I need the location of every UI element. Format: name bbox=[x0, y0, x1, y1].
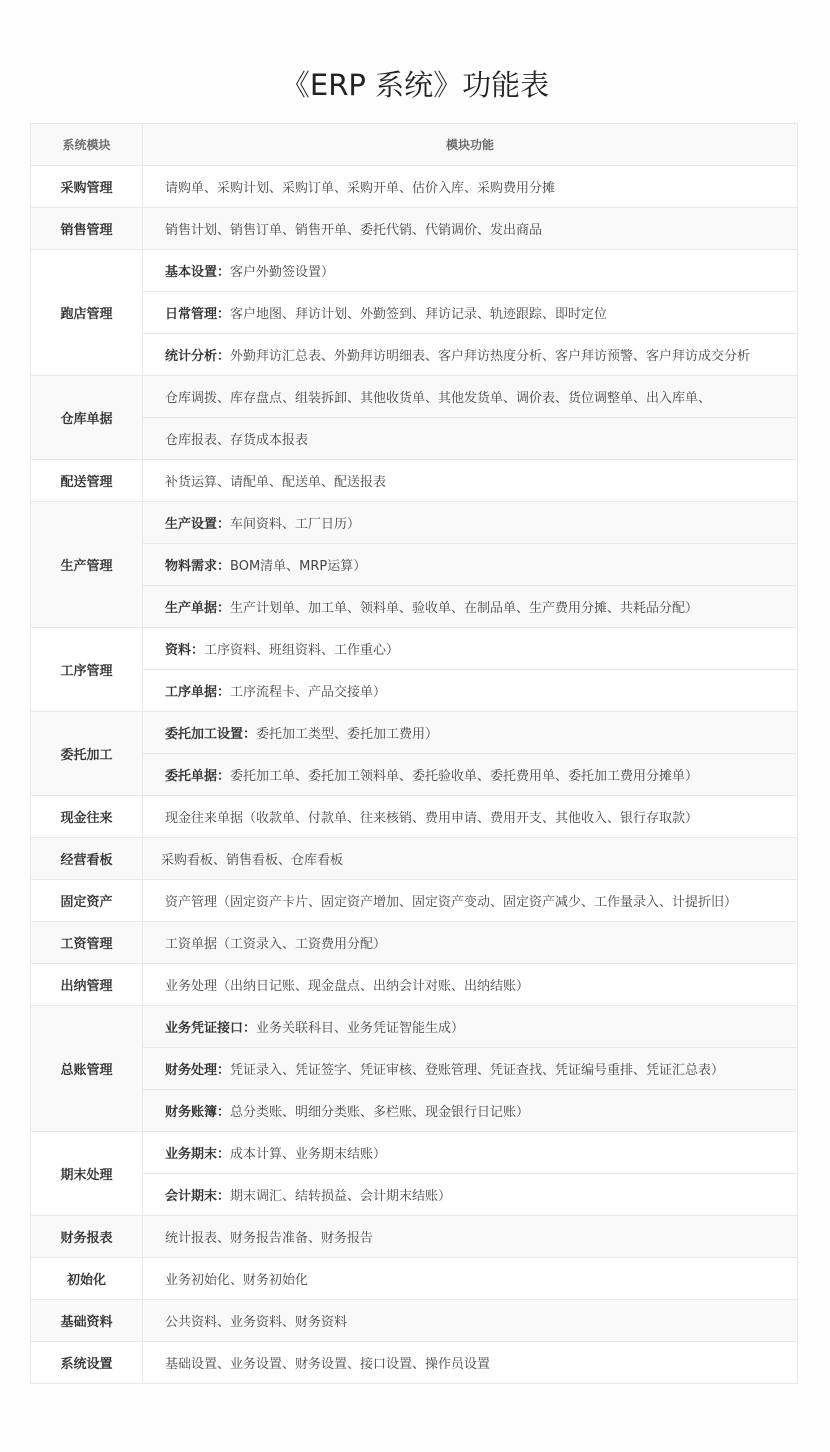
module-function: 业务凭证接口：业务关联科目、业务凭证智能生成） bbox=[143, 1006, 798, 1048]
table-row: 经营看板 采购看板、销售看板、仓库看板 bbox=[31, 838, 798, 880]
module-function: 统计报表、财务报告准备、财务报告 bbox=[143, 1216, 798, 1258]
function-text: 客户地图、拜访计划、外勤签到、拜访记录、轨迹跟踪、即时定位 bbox=[230, 307, 607, 322]
header-module: 系统模块 bbox=[31, 124, 143, 166]
module-function: 资产管理（固定资产卡片、固定资产增加、固定资产变动、固定资产减少、工作量录入、计… bbox=[143, 880, 798, 922]
module-name: 系统设置 bbox=[31, 1342, 143, 1384]
module-function: 日常管理：客户地图、拜访计划、外勤签到、拜访记录、轨迹跟踪、即时定位 bbox=[143, 292, 798, 334]
module-name: 基础资料 bbox=[31, 1300, 143, 1342]
module-name: 期末处理 bbox=[31, 1132, 143, 1216]
function-text: 现金往来单据（收款单、付款单、往来核销、费用申请、费用开支、其他收入、银行存取款… bbox=[165, 811, 698, 826]
module-function: 销售计划、销售订单、销售开单、委托代销、代销调价、发出商品 bbox=[143, 208, 798, 250]
function-text: 车间资料、工厂日历） bbox=[230, 517, 360, 532]
module-function: 统计分析：外勤拜访汇总表、外勤拜访明细表、客户拜访热度分析、客户拜访预警、客户拜… bbox=[143, 334, 798, 376]
table-row: 固定资产 资产管理（固定资产卡片、固定资产增加、固定资产变动、固定资产减少、工作… bbox=[31, 880, 798, 922]
table-row: 跑店管理 基本设置：客户外勤签设置） bbox=[31, 250, 798, 292]
module-name: 现金往来 bbox=[31, 796, 143, 838]
module-function: 生产设置：车间资料、工厂日历） bbox=[143, 502, 798, 544]
module-function: 委托单据：委托加工单、委托加工领料单、委托验收单、委托费用单、委托加工费用分摊单… bbox=[143, 754, 798, 796]
function-label: 业务凭证接口： bbox=[165, 1021, 256, 1036]
function-label: 会计期末： bbox=[165, 1189, 230, 1204]
table-row: 采购管理 请购单、采购计划、采购订单、采购开单、估价入库、采购费用分摊 bbox=[31, 166, 798, 208]
module-name: 初始化 bbox=[31, 1258, 143, 1300]
table-row: 财务报表 统计报表、财务报告准备、财务报告 bbox=[31, 1216, 798, 1258]
table-row: 期末处理 业务期末：成本计算、业务期末结账） bbox=[31, 1132, 798, 1174]
function-text: BOM清单、MRP运算） bbox=[230, 559, 366, 574]
module-function: 工资单据（工资录入、工资费用分配） bbox=[143, 922, 798, 964]
module-function: 资料：工序资料、班组资料、工作重心） bbox=[143, 628, 798, 670]
function-text: 期末调汇、结转损益、会计期末结账） bbox=[230, 1189, 451, 1204]
table-row: 初始化 业务初始化、财务初始化 bbox=[31, 1258, 798, 1300]
table-row: 会计期末：期末调汇、结转损益、会计期末结账） bbox=[31, 1174, 798, 1216]
module-function: 委托加工设置：委托加工类型、委托加工费用） bbox=[143, 712, 798, 754]
function-text: 生产计划单、加工单、领料单、验收单、在制品单、生产费用分摊、共耗品分配） bbox=[230, 601, 698, 616]
function-label: 工序单据： bbox=[165, 685, 230, 700]
module-name: 经营看板 bbox=[31, 838, 143, 880]
module-name: 委托加工 bbox=[31, 712, 143, 796]
module-function: 请购单、采购计划、采购订单、采购开单、估价入库、采购费用分摊 bbox=[143, 166, 798, 208]
function-text: 公共资料、业务资料、财务资料 bbox=[165, 1315, 347, 1330]
table-row: 现金往来 现金往来单据（收款单、付款单、往来核销、费用申请、费用开支、其他收入、… bbox=[31, 796, 798, 838]
function-text: 工资单据（工资录入、工资费用分配） bbox=[165, 937, 386, 952]
module-name: 仓库单据 bbox=[31, 376, 143, 460]
table-row: 物料需求：BOM清单、MRP运算） bbox=[31, 544, 798, 586]
module-function: 物料需求：BOM清单、MRP运算） bbox=[143, 544, 798, 586]
table-row: 工序管理 资料：工序资料、班组资料、工作重心） bbox=[31, 628, 798, 670]
table-row: 委托单据：委托加工单、委托加工领料单、委托验收单、委托费用单、委托加工费用分摊单… bbox=[31, 754, 798, 796]
function-text: 销售计划、销售订单、销售开单、委托代销、代销调价、发出商品 bbox=[165, 223, 542, 238]
module-function: 仓库报表、存货成本报表 bbox=[143, 418, 798, 460]
function-label: 生产单据： bbox=[165, 601, 230, 616]
function-text: 仓库调拨、库存盘点、组装拆卸、其他收货单、其他发货单、调价表、货位调整单、出入库… bbox=[165, 391, 711, 406]
module-name: 跑店管理 bbox=[31, 250, 143, 376]
function-text: 业务初始化、财务初始化 bbox=[165, 1273, 308, 1288]
function-label: 统计分析： bbox=[165, 349, 230, 364]
module-name: 配送管理 bbox=[31, 460, 143, 502]
table-row: 销售管理 销售计划、销售订单、销售开单、委托代销、代销调价、发出商品 bbox=[31, 208, 798, 250]
table-row: 总账管理 业务凭证接口：业务关联科目、业务凭证智能生成） bbox=[31, 1006, 798, 1048]
function-label: 财务处理： bbox=[165, 1063, 230, 1078]
function-table: 系统模块 模块功能 采购管理 请购单、采购计划、采购订单、采购开单、估价入库、采… bbox=[30, 123, 798, 1384]
function-text: 委托加工类型、委托加工费用） bbox=[256, 727, 438, 742]
module-function: 仓库调拨、库存盘点、组装拆卸、其他收货单、其他发货单、调价表、货位调整单、出入库… bbox=[143, 376, 798, 418]
module-name: 固定资产 bbox=[31, 880, 143, 922]
module-function: 基本设置：客户外勤签设置） bbox=[143, 250, 798, 292]
function-text: 资产管理（固定资产卡片、固定资产增加、固定资产变动、固定资产减少、工作量录入、计… bbox=[165, 895, 737, 910]
header-function: 模块功能 bbox=[143, 124, 798, 166]
module-function: 会计期末：期末调汇、结转损益、会计期末结账） bbox=[143, 1174, 798, 1216]
function-label: 财务账簿： bbox=[165, 1105, 230, 1120]
page-title: 《ERP 系统》功能表 bbox=[0, 63, 830, 104]
module-name: 采购管理 bbox=[31, 166, 143, 208]
function-text: 总分类账、明细分类账、多栏账、现金银行日记账） bbox=[230, 1105, 529, 1120]
module-name: 总账管理 bbox=[31, 1006, 143, 1132]
function-text: 业务处理（出纳日记账、现金盘点、出纳会计对账、出纳结账） bbox=[165, 979, 529, 994]
module-name: 出纳管理 bbox=[31, 964, 143, 1006]
table-row: 委托加工 委托加工设置：委托加工类型、委托加工费用） bbox=[31, 712, 798, 754]
function-text: 基础设置、业务设置、财务设置、接口设置、操作员设置 bbox=[165, 1357, 490, 1372]
module-name: 工序管理 bbox=[31, 628, 143, 712]
table-row: 工序单据：工序流程卡、产品交接单） bbox=[31, 670, 798, 712]
function-text: 请购单、采购计划、采购订单、采购开单、估价入库、采购费用分摊 bbox=[165, 181, 555, 196]
function-text: 采购看板、销售看板、仓库看板 bbox=[161, 853, 343, 868]
module-name: 销售管理 bbox=[31, 208, 143, 250]
function-label: 日常管理： bbox=[165, 307, 230, 322]
module-function: 财务处理：凭证录入、凭证签字、凭证审核、登账管理、凭证查找、凭证编号重排、凭证汇… bbox=[143, 1048, 798, 1090]
function-text: 补货运算、请配单、配送单、配送报表 bbox=[165, 475, 386, 490]
table-row: 财务账簿：总分类账、明细分类账、多栏账、现金银行日记账） bbox=[31, 1090, 798, 1132]
function-text: 外勤拜访汇总表、外勤拜访明细表、客户拜访热度分析、客户拜访预警、客户拜访成交分析 bbox=[230, 349, 750, 364]
table-row: 配送管理 补货运算、请配单、配送单、配送报表 bbox=[31, 460, 798, 502]
function-label: 基本设置： bbox=[165, 265, 230, 280]
module-function: 财务账簿：总分类账、明细分类账、多栏账、现金银行日记账） bbox=[143, 1090, 798, 1132]
module-function: 现金往来单据（收款单、付款单、往来核销、费用申请、费用开支、其他收入、银行存取款… bbox=[143, 796, 798, 838]
function-text: 委托加工单、委托加工领料单、委托验收单、委托费用单、委托加工费用分摊单） bbox=[230, 769, 698, 784]
module-function: 公共资料、业务资料、财务资料 bbox=[143, 1300, 798, 1342]
function-text: 业务关联科目、业务凭证智能生成） bbox=[256, 1021, 464, 1036]
table-row: 生产单据：生产计划单、加工单、领料单、验收单、在制品单、生产费用分摊、共耗品分配… bbox=[31, 586, 798, 628]
function-label: 生产设置： bbox=[165, 517, 230, 532]
module-function: 业务处理（出纳日记账、现金盘点、出纳会计对账、出纳结账） bbox=[143, 964, 798, 1006]
function-text: 成本计算、业务期末结账） bbox=[230, 1147, 386, 1162]
function-label: 委托单据： bbox=[165, 769, 230, 784]
function-text: 统计报表、财务报告准备、财务报告 bbox=[165, 1231, 373, 1246]
table-row: 出纳管理 业务处理（出纳日记账、现金盘点、出纳会计对账、出纳结账） bbox=[31, 964, 798, 1006]
module-function: 业务初始化、财务初始化 bbox=[143, 1258, 798, 1300]
table-row: 仓库报表、存货成本报表 bbox=[31, 418, 798, 460]
table-row: 基础资料 公共资料、业务资料、财务资料 bbox=[31, 1300, 798, 1342]
function-label: 资料： bbox=[165, 643, 204, 658]
module-function: 工序单据：工序流程卡、产品交接单） bbox=[143, 670, 798, 712]
table-row: 工资管理 工资单据（工资录入、工资费用分配） bbox=[31, 922, 798, 964]
table-row: 系统设置 基础设置、业务设置、财务设置、接口设置、操作员设置 bbox=[31, 1342, 798, 1384]
module-name: 财务报表 bbox=[31, 1216, 143, 1258]
module-function: 补货运算、请配单、配送单、配送报表 bbox=[143, 460, 798, 502]
function-text: 仓库报表、存货成本报表 bbox=[165, 433, 308, 448]
table-row: 生产管理 生产设置：车间资料、工厂日历） bbox=[31, 502, 798, 544]
module-function: 业务期末：成本计算、业务期末结账） bbox=[143, 1132, 798, 1174]
module-function: 基础设置、业务设置、财务设置、接口设置、操作员设置 bbox=[143, 1342, 798, 1384]
function-text: 客户外勤签设置） bbox=[230, 265, 334, 280]
module-name: 生产管理 bbox=[31, 502, 143, 628]
module-function: 采购看板、销售看板、仓库看板 bbox=[143, 838, 798, 880]
module-name: 工资管理 bbox=[31, 922, 143, 964]
function-text: 工序流程卡、产品交接单） bbox=[230, 685, 386, 700]
function-text: 工序资料、班组资料、工作重心） bbox=[204, 643, 399, 658]
function-label: 物料需求： bbox=[165, 559, 230, 574]
function-text: 凭证录入、凭证签字、凭证审核、登账管理、凭证查找、凭证编号重排、凭证汇总表） bbox=[230, 1063, 724, 1078]
table-header-row: 系统模块 模块功能 bbox=[31, 124, 798, 166]
function-label: 业务期末： bbox=[165, 1147, 230, 1162]
table-row: 统计分析：外勤拜访汇总表、外勤拜访明细表、客户拜访热度分析、客户拜访预警、客户拜… bbox=[31, 334, 798, 376]
table-row: 财务处理：凭证录入、凭证签字、凭证审核、登账管理、凭证查找、凭证编号重排、凭证汇… bbox=[31, 1048, 798, 1090]
function-label: 委托加工设置： bbox=[165, 727, 256, 742]
table-row: 仓库单据 仓库调拨、库存盘点、组装拆卸、其他收货单、其他发货单、调价表、货位调整… bbox=[31, 376, 798, 418]
table-row: 日常管理：客户地图、拜访计划、外勤签到、拜访记录、轨迹跟踪、即时定位 bbox=[31, 292, 798, 334]
module-function: 生产单据：生产计划单、加工单、领料单、验收单、在制品单、生产费用分摊、共耗品分配… bbox=[143, 586, 798, 628]
